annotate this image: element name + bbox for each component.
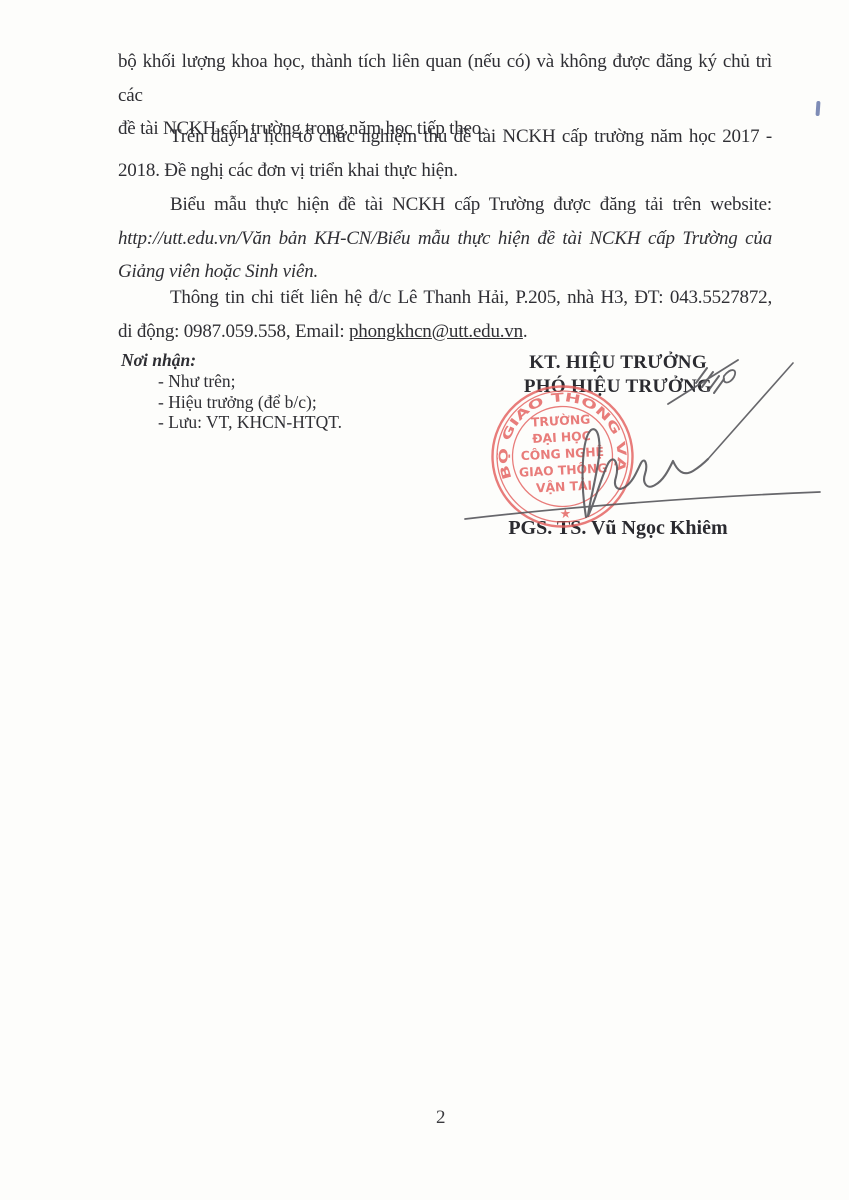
text-line: Thông tin chi tiết liên hệ đ/c Lê Thanh … (118, 281, 772, 315)
body-paragraph-3: Biểu mẫu thực hiện đề tài NCKH cấp Trườn… (118, 188, 772, 289)
text-line: Biểu mẫu thực hiện đề tài NCKH cấp Trườn… (118, 188, 772, 222)
signature-diagonal-stroke (708, 363, 793, 459)
recipients-label: Nơi nhận: (121, 349, 342, 371)
signature-flourish-curl (724, 370, 735, 382)
page-number: 2 (436, 1107, 446, 1129)
recipient-item: - Như trên; (158, 371, 342, 392)
text-line: bộ khối lượng khoa học, thành tích liên … (118, 45, 772, 112)
body-paragraph-2: Trên đây là lịch tổ chức nghiệm thu đề t… (118, 120, 772, 187)
contact-text: di động: 0987.059.558, Email: (118, 321, 349, 342)
signature-ink (440, 340, 849, 560)
body-paragraph-4: Thông tin chi tiết liên hệ đ/c Lê Thanh … (118, 281, 772, 348)
text-line: 2018. Đề nghị các đơn vị triển khai thực… (118, 154, 772, 188)
signature-underline (465, 492, 820, 519)
text-line-url: http://utt.edu.vn/Văn bản KH-CN/Biểu mẫu… (118, 222, 772, 256)
recipient-item: - Hiệu trưởng (để b/c); (158, 392, 342, 413)
period: . (523, 321, 528, 342)
recipient-item: - Lưu: VT, KHCN-HTQT. (158, 412, 342, 433)
signature-loop (583, 429, 708, 517)
recipients-block: Nơi nhận: - Như trên; - Hiệu trưởng (để … (121, 349, 342, 433)
scanned-document-page: bộ khối lượng khoa học, thành tích liên … (0, 0, 849, 1200)
text-line: Trên đây là lịch tổ chức nghiệm thu đề t… (118, 120, 772, 154)
blue-pen-mark (815, 101, 820, 116)
email-address: phongkhcn@utt.edu.vn (349, 321, 523, 342)
